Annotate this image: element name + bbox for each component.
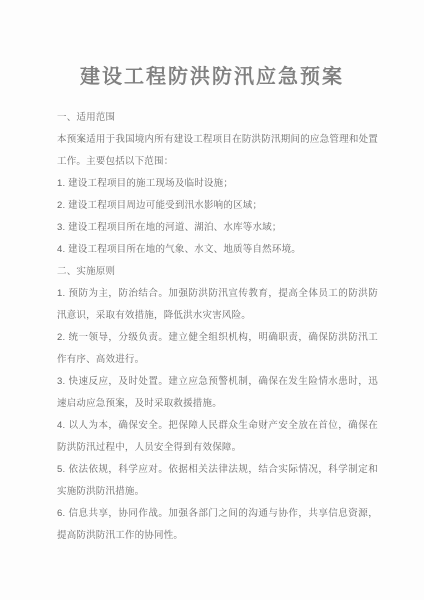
section-heading-principles: 二、实施原则 <box>57 261 378 283</box>
list-item: 1. 预防为主，防治结合。加强防洪防汛宣传教育，提高全体员工的防洪防汛意识，采取… <box>57 283 378 327</box>
list-item: 5. 依法依规，科学应对。依据相关法律法规，结合实际情况，科学制定和实施防洪防汛… <box>57 459 378 503</box>
list-item: 3. 快速反应，及时处置。建立应急预警机制，确保在发生险情水患时，迅速启动应急预… <box>57 371 378 415</box>
list-item: 1. 建设工程项目的施工现场及临时设施； <box>57 173 378 195</box>
document-page: 建设工程防洪防汛应急预案 一、适用范围 本预案适用于我国境内所有建设工程项目在防… <box>0 0 424 600</box>
list-item: 2. 建设工程项目周边可能受到汛水影响的区域； <box>57 195 378 217</box>
list-item: 3. 建设工程项目所在地的河道、湖泊、水库等水域； <box>57 217 378 239</box>
list-item: 4. 建设工程项目所在地的气象、水文、地质等自然环境。 <box>57 239 378 261</box>
list-item: 4. 以人为本，确保安全。把保障人民群众生命财产安全放在首位，确保在防洪防汛过程… <box>57 415 378 459</box>
document-title: 建设工程防洪防汛应急预案 <box>0 62 424 92</box>
section-intro-paragraph: 本预案适用于我国境内所有建设工程项目在防洪防汛期间的应急管理和处置工作。主要包括… <box>57 129 378 173</box>
list-item: 2. 统一领导，分级负责。建立健全组织机构，明确职责，确保防洪防汛工作有序、高效… <box>57 327 378 371</box>
document-body: 一、适用范围 本预案适用于我国境内所有建设工程项目在防洪防汛期间的应急管理和处置… <box>57 107 378 547</box>
list-item: 6. 信息共享，协同作战。加强各部门之间的沟通与协作，共享信息资源，提高防洪防汛… <box>57 503 378 547</box>
section-heading-scope: 一、适用范围 <box>57 107 378 129</box>
